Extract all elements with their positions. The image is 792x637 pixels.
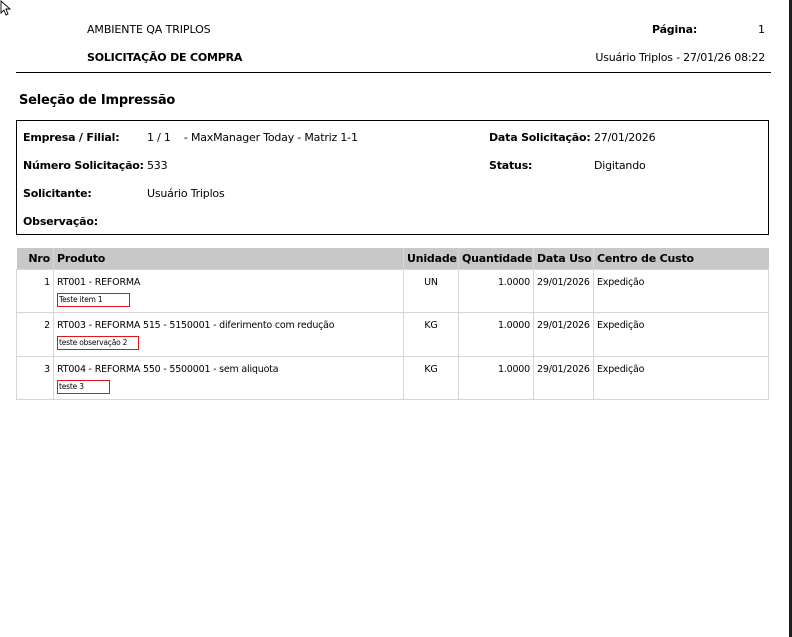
cell-data-uso: 29/01/2026 <box>534 313 594 357</box>
field-observacao: Observação: <box>23 215 98 228</box>
field-label: Empresa / Filial: <box>23 131 119 144</box>
field-empresa-filial: Empresa / Filial: <box>23 131 119 144</box>
product-name: RT003 - REFORMA 515 - 5150001 - diferime… <box>57 320 400 331</box>
cell-quantidade: 1.0000 <box>459 270 534 313</box>
field-label: Status: <box>489 159 532 172</box>
field-data-solicitacao-value: 27/01/2026 <box>594 131 655 144</box>
selection-title: Seleção de Impressão <box>19 93 175 108</box>
product-name: RT001 - REFORMA <box>57 277 400 288</box>
col-header-data-uso: Data Uso <box>534 248 594 270</box>
cell-unidade: KG <box>404 313 459 357</box>
cell-centro-custo: Expedição <box>594 313 769 357</box>
cell-centro-custo: Expedição <box>594 270 769 313</box>
cell-unidade: KG <box>404 357 459 400</box>
cell-centro-custo: Expedição <box>594 357 769 400</box>
product-name: RT004 - REFORMA 550 - 5500001 - sem aliq… <box>57 364 400 375</box>
field-label: Número Solicitação: <box>23 159 144 172</box>
header-divider <box>16 72 771 73</box>
page-number: 1 <box>758 23 765 36</box>
field-numero-solicitacao: Número Solicitação: <box>23 159 144 172</box>
report-title: SOLICITAÇÃO DE COMPRA <box>87 51 242 64</box>
field-solicitante: Solicitante: <box>23 187 92 200</box>
item-observation: teste 3 <box>57 380 110 394</box>
table-row: 1 RT001 - REFORMA Teste item 1 UN 1.0000… <box>17 270 769 313</box>
field-empresa-filial-value: 1 / 1 - MaxManager Today - Matriz 1-1 <box>147 131 358 144</box>
item-observation: teste observação 2 <box>57 336 139 350</box>
cell-quantidade: 1.0000 <box>459 313 534 357</box>
field-solicitante-value: Usuário Triplos <box>147 187 224 200</box>
cell-produto: RT004 - REFORMA 550 - 5500001 - sem aliq… <box>54 357 404 400</box>
field-label: Data Solicitação: <box>489 131 591 144</box>
field-status: Status: <box>489 159 532 172</box>
field-data-solicitacao: Data Solicitação: <box>489 131 591 144</box>
field-status-value: Digitando <box>594 159 646 172</box>
field-label: Solicitante: <box>23 187 92 200</box>
col-header-nro: Nro <box>17 248 54 270</box>
report-page: AMBIENTE QA TRIPLOS SOLICITAÇÃO DE COMPR… <box>0 0 789 637</box>
cell-produto: RT003 - REFORMA 515 - 5150001 - diferime… <box>54 313 404 357</box>
cell-data-uso: 29/01/2026 <box>534 270 594 313</box>
col-header-quantidade: Quantidade <box>459 248 534 270</box>
col-header-centro-custo: Centro de Custo <box>594 248 769 270</box>
field-label: Observação: <box>23 215 98 228</box>
table-row: 2 RT003 - REFORMA 515 - 5150001 - diferi… <box>17 313 769 357</box>
mouse-cursor-icon <box>0 0 12 16</box>
col-header-produto: Produto <box>54 248 404 270</box>
item-observation: Teste item 1 <box>57 293 130 307</box>
table-header-row: Nro Produto Unidade Quantidade Data Uso … <box>17 248 769 270</box>
cell-nro: 1 <box>17 270 54 313</box>
cell-nro: 2 <box>17 313 54 357</box>
selection-box: Empresa / Filial: 1 / 1 - MaxManager Tod… <box>16 120 769 235</box>
cell-data-uso: 29/01/2026 <box>534 357 594 400</box>
cell-unidade: UN <box>404 270 459 313</box>
items-table: Nro Produto Unidade Quantidade Data Uso … <box>16 248 769 400</box>
cell-quantidade: 1.0000 <box>459 357 534 400</box>
cell-produto: RT001 - REFORMA Teste item 1 <box>54 270 404 313</box>
field-numero-solicitacao-value: 533 <box>147 159 167 172</box>
col-header-unidade: Unidade <box>404 248 459 270</box>
environment-name: AMBIENTE QA TRIPLOS <box>87 23 211 36</box>
page-label: Página: <box>652 23 697 36</box>
table-row: 3 RT004 - REFORMA 550 - 5500001 - sem al… <box>17 357 769 400</box>
cell-nro: 3 <box>17 357 54 400</box>
user-timestamp: Usuário Triplos - 27/01/26 08:22 <box>595 51 765 64</box>
